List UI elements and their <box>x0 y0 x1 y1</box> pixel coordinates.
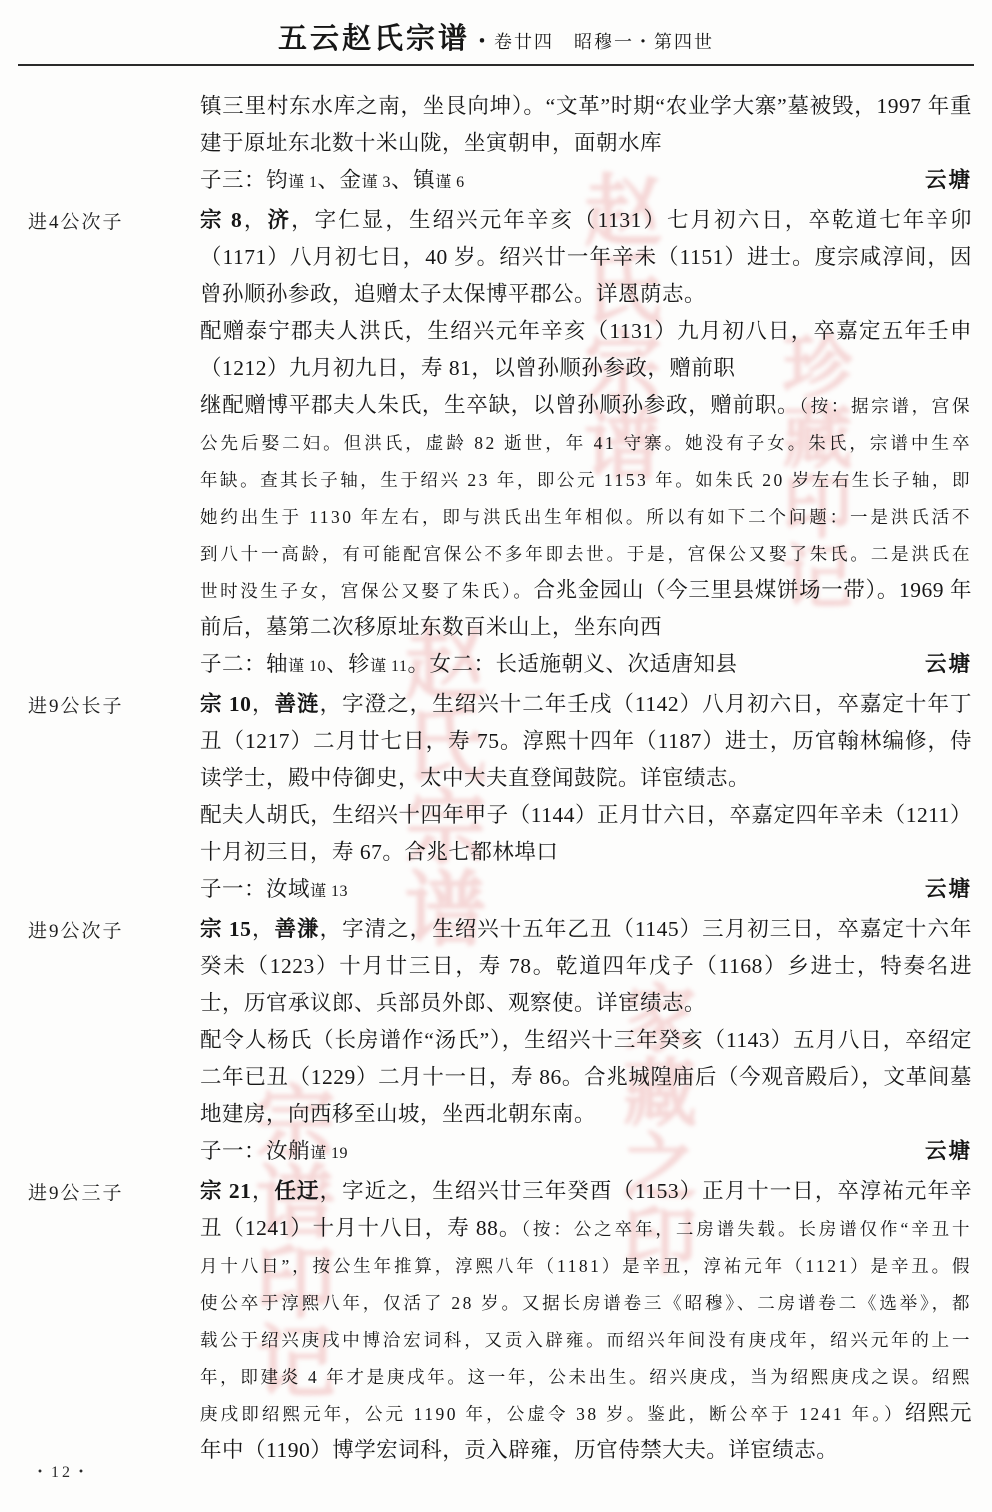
hall-name: 云塘 <box>925 162 972 199</box>
lineage-label: 进9公长子 <box>28 691 124 718</box>
page-number: ・12・ <box>32 1459 92 1482</box>
entry-paragraph: 宗 10，善涟，字澄之，生绍兴十二年壬戌（1142）八月初六日，卒嘉定十年丁丑（… <box>200 686 972 797</box>
genealogy-text: 镇三里村东水库之南，坐艮向坤）。“文革”时期“农业学大寨”墓被毁，1997 年重… <box>200 94 972 155</box>
entry-paragraph: 继配赠博平郡夫人朱氏，生卒缺，以曾孙顺孙参政，赠前职。（按：据宗谱，宫保公先后娶… <box>200 387 972 646</box>
rank-number-text: 谨 13 <box>310 883 348 900</box>
title-separator-dot: ・ <box>470 31 494 53</box>
genealogy-text: 子三：钧 <box>200 168 288 192</box>
person-name-text: 任迂 <box>275 1179 320 1203</box>
genealogy-text: 子二：轴 <box>200 652 288 676</box>
genealogy-text: 、金 <box>318 168 362 192</box>
children-list: 子一：汝域谨 13 <box>200 871 348 910</box>
person-name-text: 宗 15 <box>200 917 251 941</box>
genealogy-text: ， <box>242 208 267 232</box>
children-line: 子一：汝艄谨 19云塘 <box>200 1133 972 1172</box>
hall-name: 云塘 <box>925 871 972 908</box>
rank-number-text: 谨 6 <box>435 174 465 191</box>
rank-number-text: 谨 11 <box>370 658 407 675</box>
children-line: 子二：轴谨 10、轸谨 11。女二：长适施朝义、次适唐知县云塘 <box>200 646 972 685</box>
rank-number-text: 谨 10 <box>288 658 326 675</box>
genealogy-text: 子一：汝域 <box>200 877 310 901</box>
person-name-text: 宗 8 <box>200 208 242 232</box>
rank-number-text: 谨 1 <box>288 174 318 191</box>
hall-name: 云塘 <box>925 1133 972 1170</box>
genealogy-text: 子一：汝艄 <box>200 1139 310 1163</box>
children-list: 子二：轴谨 10、轸谨 11。女二：长适施朝义、次适唐知县 <box>200 646 737 685</box>
person-name-text: 宗 10 <box>200 692 251 716</box>
entry-intro-continuation: 镇三里村东水库之南，坐艮向坤）。“文革”时期“农业学大寨”墓被毁，1997 年重… <box>0 88 992 201</box>
editor-annotation-text: （按：据宗谱，宫保公先后娶二妇。但洪氏，虚龄 82 逝世，年 41 守寨。她没有… <box>200 396 972 601</box>
rank-number-text: 谨 3 <box>362 174 392 191</box>
entry-paragraph: 镇三里村东水库之南，坐艮向坤）。“文革”时期“农业学大寨”墓被毁，1997 年重… <box>200 88 972 162</box>
entry-zong-8-ji: 进4公次子宗 8，济，字仁显，生绍兴元年辛亥（1131）七月初六日，卒乾道七年辛… <box>0 202 992 685</box>
header-rule <box>18 64 974 66</box>
rank-number-text: 谨 19 <box>310 1145 348 1162</box>
genealogy-scan-page: 赵氏宗谱 珍藏印记 赵氏宗谱 家藏之印 宗谱印记 五云赵氏宗谱・卷廿四 昭穆一・… <box>0 0 992 1512</box>
lineage-label: 进9公次子 <box>28 916 124 943</box>
person-name-text: 济 <box>267 208 291 232</box>
lineage-label: 进9公三子 <box>28 1178 124 1205</box>
genealogy-text: ， <box>251 1179 274 1203</box>
volume-chapter-subtitle: 卷廿四 昭穆一・第四世 <box>494 32 714 52</box>
entry-zong-15-shanlian: 进9公次子宗 15，善溓，字清之，生绍兴十五年乙丑（1145）三月初三日，卒嘉定… <box>0 911 992 1172</box>
entry-zong-10-shanlian: 进9公长子宗 10，善涟，字澄之，生绍兴十二年壬戌（1142）八月初六日，卒嘉定… <box>0 686 992 910</box>
genealogy-text: 配赠泰宁郡夫人洪氏，生绍兴元年辛亥（1131）九月初八日，卒嘉定五年壬申（121… <box>200 319 972 380</box>
person-name-text: 宗 21 <box>200 1179 251 1203</box>
genealogy-body: 镇三里村东水库之南，坐艮向坤）。“文革”时期“农业学大寨”墓被毁，1997 年重… <box>0 88 992 1470</box>
genealogy-text: 、轸 <box>326 652 370 676</box>
person-name-text: 善涟 <box>275 692 320 716</box>
entry-paragraph: 配赠泰宁郡夫人洪氏，生绍兴元年辛亥（1131）九月初八日，卒嘉定五年壬申（121… <box>200 313 972 387</box>
children-list: 子三：钧谨 1、金谨 3、镇谨 6 <box>200 162 465 201</box>
genealogy-text: 配令人杨氏（长房谱作“汤氏”），生绍兴十三年癸亥（1143）五月八日，卒绍定二年… <box>200 1028 972 1126</box>
entry-paragraph: 配夫人胡氏，生绍兴十四年甲子（1144）正月廿六日，卒嘉定四年辛未（1211）十… <box>200 797 972 871</box>
entry-paragraph: 宗 8，济，字仁显，生绍兴元年辛亥（1131）七月初六日，卒乾道七年辛卯（117… <box>200 202 972 313</box>
hall-name: 云塘 <box>925 646 972 683</box>
entry-zong-21-renyu: 进9公三子宗 21，任迂，字近之，生绍兴廿三年癸酉（1153）正月十一日，卒淳祐… <box>0 1173 992 1469</box>
children-line: 子一：汝域谨 13云塘 <box>200 871 972 910</box>
genealogy-text: ，字仁显，生绍兴元年辛亥（1131）七月初六日，卒乾道七年辛卯（1171）八月初… <box>200 208 972 306</box>
genealogy-text: ， <box>251 692 274 716</box>
genealogy-text: 、镇 <box>391 168 435 192</box>
entry-paragraph: 配令人杨氏（长房谱作“汤氏”），生绍兴十三年癸亥（1143）五月八日，卒绍定二年… <box>200 1022 972 1133</box>
genealogy-text: ， <box>251 917 274 941</box>
editor-annotation-text: （按：公之卒年，二房谱失载。长房谱仅作“辛丑十月十八日”，按公生年推算，淳熙八年… <box>200 1219 972 1424</box>
book-title: 五云赵氏宗谱 <box>278 23 470 55</box>
genealogy-text: 配夫人胡氏，生绍兴十四年甲子（1144）正月廿六日，卒嘉定四年辛未（1211）十… <box>200 803 972 864</box>
lineage-label: 进4公次子 <box>28 207 124 234</box>
person-name-text: 善溓 <box>275 917 320 941</box>
entry-paragraph: 宗 15，善溓，字清之，生绍兴十五年乙丑（1145）三月初三日，卒嘉定十六年癸未… <box>200 911 972 1022</box>
children-list: 子一：汝艄谨 19 <box>200 1133 348 1172</box>
genealogy-text: 。女二：长适施朝义、次适唐知县 <box>407 652 737 676</box>
running-head: 五云赵氏宗谱・卷廿四 昭穆一・第四世 <box>0 0 992 57</box>
genealogy-text: 继配赠博平郡夫人朱氏，生卒缺，以曾孙顺孙参政，赠前职。 <box>200 393 799 417</box>
children-line: 子三：钧谨 1、金谨 3、镇谨 6云塘 <box>200 162 972 201</box>
entry-paragraph: 宗 21，任迂，字近之，生绍兴廿三年癸酉（1153）正月十一日，卒淳祐元年辛丑（… <box>200 1173 972 1469</box>
